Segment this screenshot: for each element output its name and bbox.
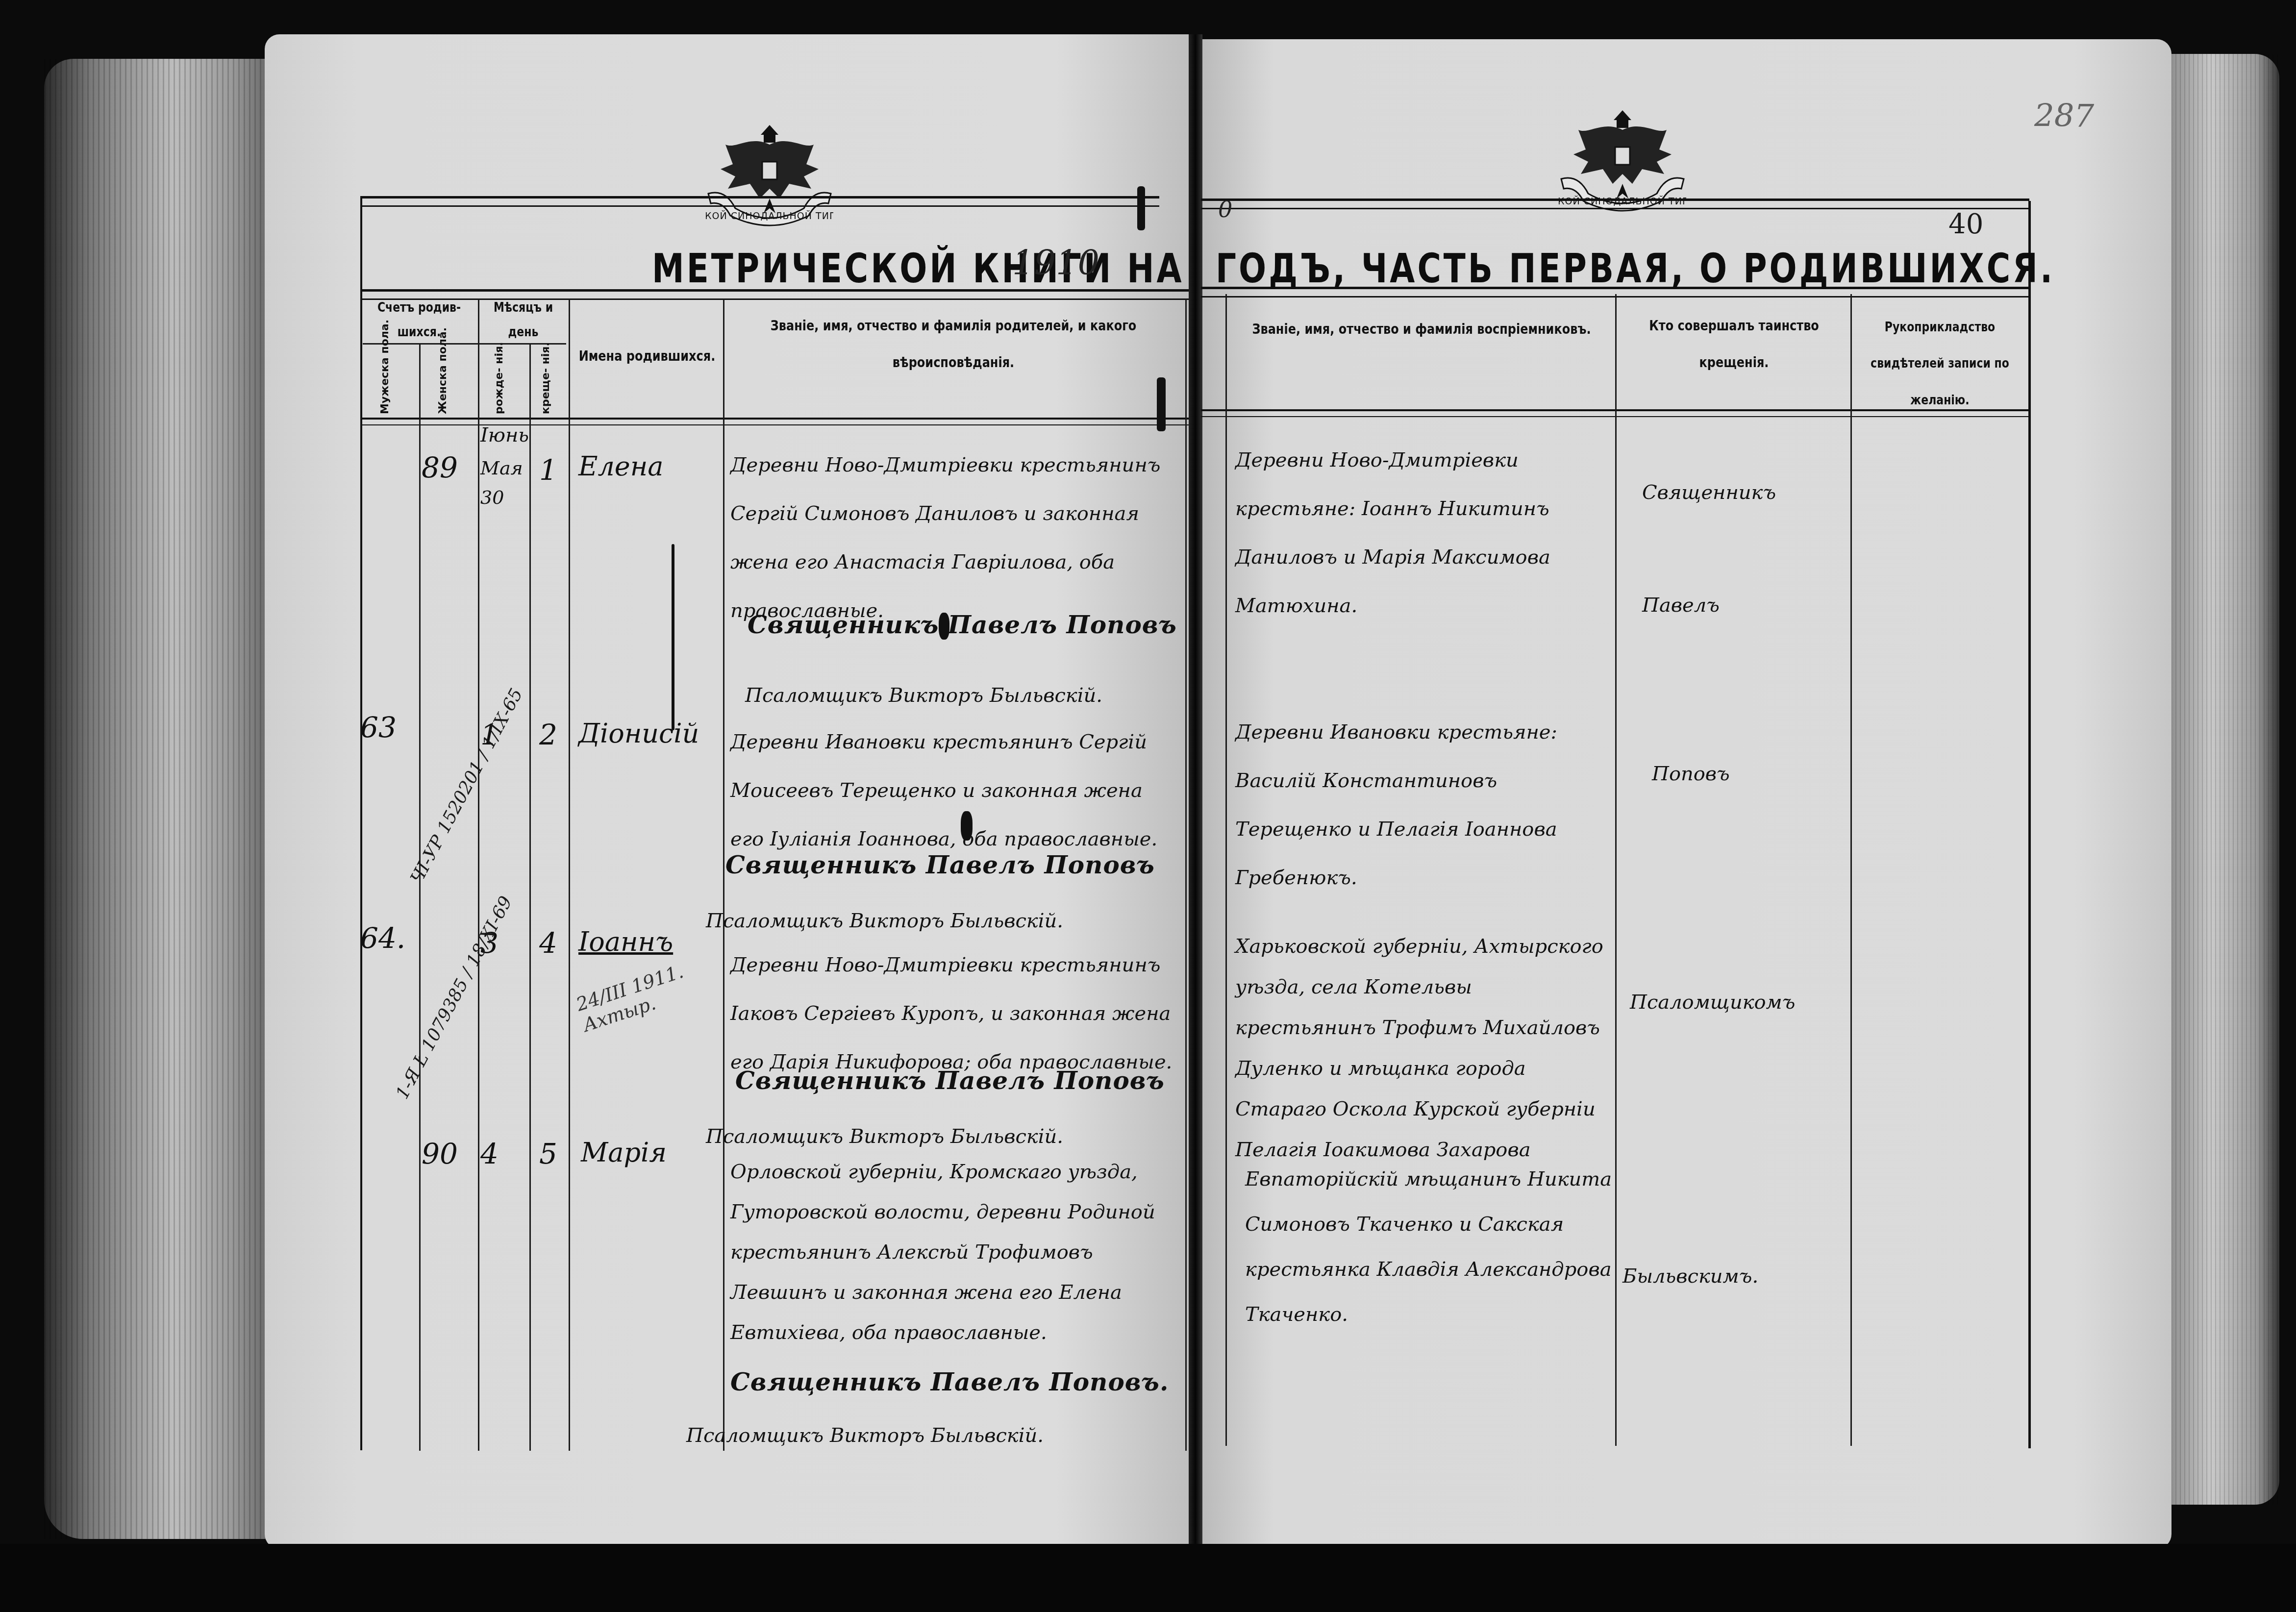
godparents-text: Евпаторійскій мѣщанинъ Никита Симоновъ Т…: [1245, 1157, 1618, 1337]
col-divider: [1225, 294, 1227, 1446]
top-rule-left: [360, 196, 1159, 207]
parents-text: Деревни Ново-Дмитріевки крестьянинъ Серг…: [730, 441, 1181, 635]
col-divider: [723, 299, 724, 1451]
birth-day: 4: [480, 1137, 499, 1170]
col-divider: [569, 299, 570, 1451]
page-number: 40: [1948, 208, 1983, 240]
col-divider: [1185, 299, 1187, 1451]
baptism-day: 1: [539, 453, 557, 487]
parents-text: Деревни Ивановки крестьянинъ Сергій Моис…: [730, 718, 1181, 864]
child-name: Марія: [581, 1137, 667, 1168]
col-divider: [529, 343, 531, 1451]
officiant-text: Поповъ: [1652, 750, 1799, 798]
scan-background: [0, 1544, 2296, 1612]
archival-folio-number: 287: [2034, 98, 2094, 134]
col-divider: [478, 299, 479, 1451]
parents-text: Деревни Ново-Дмитріевки крестьянинъ Іако…: [730, 941, 1181, 1087]
officiant-text: Быльвскимъ.: [1622, 1252, 1848, 1301]
header-godparents: Званіе, имя, отчество и фамилія воспріем…: [1230, 311, 1613, 347]
header-male: Мужеска пола.: [378, 350, 392, 414]
header-birth: рожде- нія.: [493, 350, 506, 414]
bookmark-thread: [1157, 377, 1166, 431]
pen-stroke: [672, 544, 674, 730]
header-female: Женска пола.: [436, 350, 450, 414]
col-divider: [419, 343, 421, 1451]
child-name: Діонисій: [578, 718, 699, 749]
header-officiant: Кто совершалъ таинство крещенія.: [1620, 308, 1848, 381]
male-count: 63: [360, 711, 397, 744]
book-page-edges-right: [2167, 54, 2279, 1505]
psalmist-signature: Псаломщикъ Викторъ Быльвскій.: [706, 897, 1186, 945]
priest-signature: Священникъ Павелъ Поповъ: [735, 1066, 1165, 1095]
officiant-text: Псаломщикомъ: [1630, 921, 1846, 1083]
book-spine: [1189, 34, 1202, 1554]
top-rule-right: [1201, 198, 2029, 209]
page-title-right: ГОДЪ, ЧАСТЬ ПЕРВАЯ, О РОДИВШИХСЯ.: [1216, 245, 2055, 292]
mark-top: 0: [1218, 196, 1232, 223]
child-name: Іоаннъ: [578, 926, 673, 957]
psalmist-signature: Псаломщикъ Викторъ Быльвскій.: [686, 1412, 1176, 1460]
month: Іюнь: [480, 424, 529, 446]
col-divider: [1850, 294, 1852, 1446]
godparents-text: Харьковской губерніи, Ахтырского уѣзда, …: [1235, 926, 1613, 1170]
ink-blot: [961, 811, 973, 841]
parents-text: Орловской губерніи, Кромскаго уѣзда, Гут…: [730, 1152, 1181, 1353]
godparents-text: Деревни Ивановки крестьяне: Василій Конс…: [1235, 708, 1613, 902]
female-count: 89: [422, 451, 458, 484]
header-parents: Званіе, имя, отчество и фамилія родителе…: [728, 308, 1179, 381]
godparents-text: Деревни Ново-Дмитріевки крестьяне: Іоанн…: [1235, 436, 1613, 630]
priest-signature: Священникъ Павелъ Поповъ: [725, 850, 1155, 879]
officiant-text: Священникъ Павелъ: [1642, 436, 1789, 662]
psalmist-signature: Псаломщикъ Викторъ Быльвскій.: [745, 671, 1186, 720]
priest-signature: Священникъ Павелъ Поповъ: [748, 610, 1177, 639]
priest-signature: Священникъ Павелъ Поповъ.: [730, 1367, 1169, 1396]
male-count: 64.: [360, 921, 405, 955]
imperial-eagle-crest-icon: МОСКОВСКОЙ СИНОДАЛЬНОЙ ТИПОГРАФІИ.: [1559, 100, 1686, 213]
header-names: Имена родившихся.: [574, 338, 721, 374]
baptism-day: 4: [539, 926, 557, 960]
child-name: Елена: [578, 451, 664, 482]
header-baptism: креще- нія.: [539, 350, 553, 414]
birth-day: Мая 30: [480, 453, 527, 512]
bookmark-thread: [1137, 186, 1145, 230]
year-handwritten: 1910: [1012, 243, 1099, 283]
ink-blot: [939, 613, 949, 640]
header-date-group: Мѣсяцъ и день: [480, 296, 566, 346]
header-signatures: Рукоприкладство свидѣтелей записи по жел…: [1855, 309, 2024, 419]
page-title-left: МЕТРИЧЕСКОЙ КНИГИ НА: [652, 245, 1184, 292]
book-page-edges-left: [44, 59, 279, 1539]
female-count: 90: [422, 1137, 458, 1170]
baptism-day: 2: [539, 718, 557, 751]
baptism-day: 5: [539, 1137, 557, 1170]
